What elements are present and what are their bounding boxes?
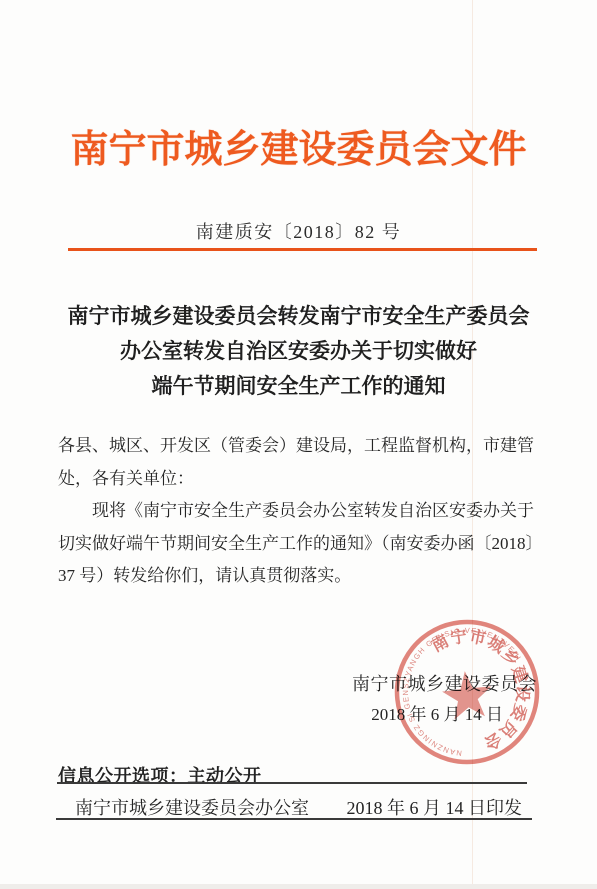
- footer-divider-bottom: [56, 818, 532, 820]
- footer-issuer-row: 南宁市城乡建设委员会办公室 2018 年 6 月 14 日印发: [75, 794, 522, 820]
- document-body: 各县、城区、开发区（管委会）建设局，工程监督机构，市建管 处，各有关单位： 现将…: [58, 430, 542, 593]
- footer-issuer: 南宁市城乡建设委员会办公室: [75, 794, 309, 820]
- signature-date: 2018 年 6 月 14 日: [371, 700, 503, 725]
- document-title-line-1: 南宁市城乡建设委员会转发南宁市安全生产委员会: [40, 299, 557, 334]
- body-paragraph-line-2: 切实做好端午节期间安全生产工作的通知》（南安委办函〔2018〕: [58, 528, 542, 561]
- footer-print-date: 2018 年 6 月 14 日印发: [347, 794, 523, 820]
- footer-divider-top: [57, 782, 527, 784]
- scan-bottom-edge: [0, 884, 597, 889]
- salutation-line-2: 处，各有关单位：: [58, 463, 542, 496]
- signature-organization: 南宁市城乡建设委员会: [352, 670, 537, 696]
- document-title-line-2: 办公室转发自治区安委办关于切实做好: [40, 334, 557, 369]
- salutation-line-1: 各县、城区、开发区（管委会）建设局，工程监督机构，市建管: [58, 430, 542, 463]
- body-paragraph-line-3: 37 号）转发给你们，请认真贯彻落实。: [58, 560, 542, 593]
- document-title: 南宁市城乡建设委员会转发南宁市安全生产委员会 办公室转发自治区安委办关于切实做好…: [40, 299, 557, 404]
- document-number: 南建质安〔2018〕82 号: [0, 218, 597, 244]
- document-title-line-3: 端午节期间安全生产工作的通知: [40, 369, 557, 404]
- red-divider-line: [68, 248, 537, 251]
- document-header-title: 南宁市城乡建设委员会文件: [0, 118, 597, 173]
- disclosure-option-label: 信息公开选项：主动公开: [58, 762, 262, 788]
- body-paragraph-line-1: 现将《南宁市安全生产委员会办公室转发自治区安委办关于: [58, 495, 542, 528]
- document-page: 南宁市城乡建设委员会文件 南建质安〔2018〕82 号 南宁市城乡建设委员会转发…: [0, 0, 597, 889]
